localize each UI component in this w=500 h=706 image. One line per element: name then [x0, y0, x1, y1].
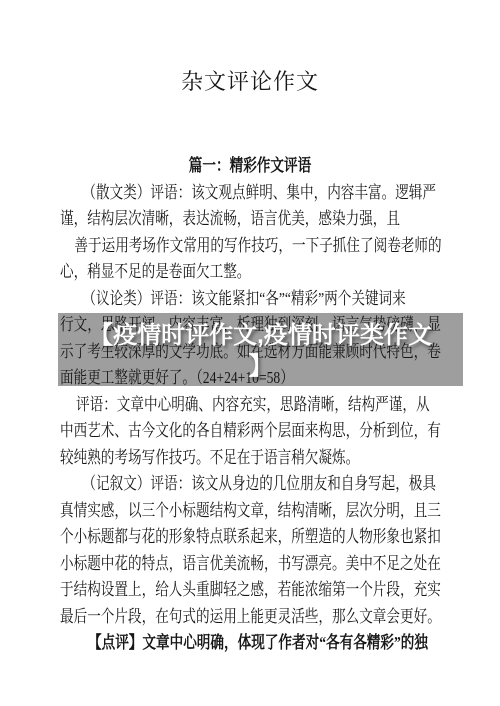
watermark-line2: 】: [58, 351, 463, 382]
text-line: 较纯熟的考场写作技巧。不足在于语言稍欠凝炼。: [60, 445, 440, 472]
text-line: （议论类）评语：该文能紧扣“各”“精彩”两个关键词来: [60, 286, 440, 313]
text-line: 于结构设置上，给人头重脚轻之感，若能浓缩第一个片段，充实: [60, 577, 440, 604]
watermark-line1: 【疫情时评作文,疫情时评类作文: [58, 320, 463, 351]
document-title: 杂文评论作文: [0, 68, 500, 96]
watermark-text: 【疫情时评作文,疫情时评类作文 】: [58, 320, 463, 382]
text-line: 心，稍显不足的是卷面欠工整。: [60, 259, 440, 286]
text-line: 个小标题都与花的形象特点联系起来，所塑造的人物形象也紧扣: [60, 524, 440, 551]
text-line: 真情实感，以三个小标题结构文章，结构清晰，层次分明，且三: [60, 498, 440, 525]
text-line: （记叙文）评语：该文从身边的几位朋友和自身写起，极具: [60, 471, 440, 498]
text-line: 善于运用考场作文常用的写作技巧，一下子抓住了阅卷老师的: [60, 233, 440, 260]
text-line: 篇一：精彩作文评语: [60, 153, 440, 180]
text-line: 谨，结构层次清晰，表达流畅，语言优美，感染力强，且: [60, 206, 440, 233]
text-line: 【点评】文章中心明确，体现了作者对“各有各精彩”的独: [60, 630, 440, 657]
text-line: 最后一个片段，在句式的运用上能更灵活些，那么文章会更好。: [60, 604, 440, 631]
text-line: （散文类）评语：该文观点鲜明、集中，内容丰富。逻辑严: [60, 180, 440, 207]
text-line: 小标题中花的特点，语言优美流畅，书写漂亮。美中不足之处在: [60, 551, 440, 578]
text-line: 评语：文章中心明确、内容充实，思路清晰，结构严谨，从: [60, 392, 440, 419]
text-line: 中西艺术、古今文化的各自精彩两个层面来构思，分析到位，有: [60, 418, 440, 445]
document-body: 篇一：精彩作文评语（散文类）评语：该文观点鲜明、集中，内容丰富。逻辑严谨，结构层…: [60, 153, 440, 657]
document-page: 杂文评论作文 篇一：精彩作文评语（散文类）评语：该文观点鲜明、集中，内容丰富。逻…: [0, 0, 500, 706]
